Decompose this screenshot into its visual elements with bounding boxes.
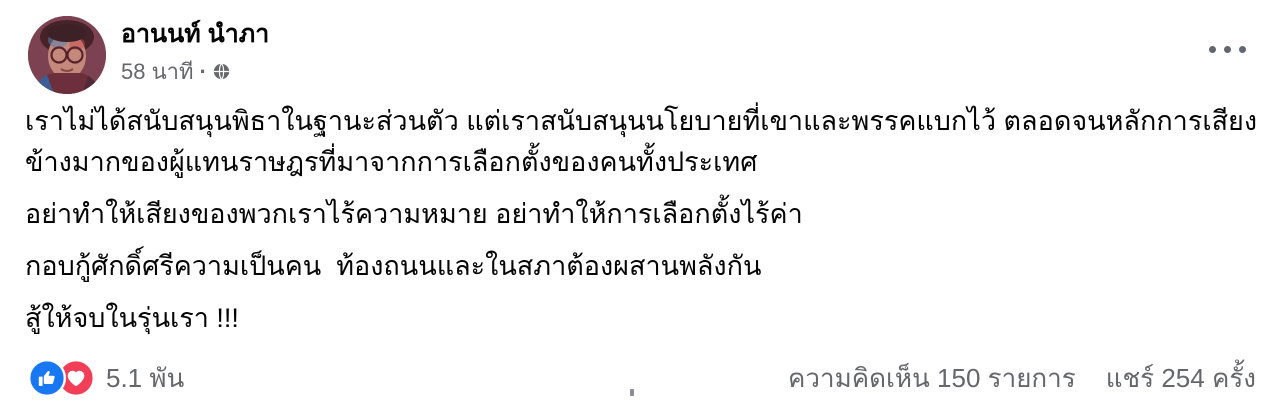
ellipsis-menu-icon bbox=[1224, 46, 1231, 53]
post-header: อานนท์ นำภา 58 นาที · bbox=[28, 16, 1256, 94]
post-paragraph: กอบกู้ศักดิ์ศรีความเป็นคน ท้องถนนและในสภ… bbox=[25, 246, 1260, 287]
timestamp[interactable]: 58 นาที bbox=[121, 54, 193, 89]
post-paragraph: เราไม่ได้สนับสนุนพิธาในฐานะส่วนตัว แต่เร… bbox=[25, 101, 1260, 183]
author-name[interactable]: อานนท์ นำภา bbox=[121, 19, 269, 50]
comment-count[interactable]: ความคิดเห็น 150 รายการ bbox=[788, 358, 1076, 399]
post-text-line: ข้างมากของผู้แทนราษฎรที่มาจากการเลือกตั้… bbox=[25, 142, 1260, 183]
post-text-line: เราไม่ได้สนับสนุนพิธาในฐานะส่วนตัว แต่เร… bbox=[25, 101, 1260, 142]
reaction-count[interactable]: 5.1 พัน bbox=[106, 358, 184, 399]
thumbs-up-reaction-icon bbox=[28, 359, 66, 397]
post-text-line: กอบกู้ศักดิ์ศรีความเป็นคน ท้องถนนและในสภ… bbox=[25, 246, 1260, 287]
post-options-button[interactable] bbox=[1203, 40, 1252, 59]
avatar-image bbox=[28, 16, 106, 94]
avatar[interactable] bbox=[28, 16, 106, 94]
header-text: อานนท์ นำภา 58 นาที · bbox=[121, 16, 269, 89]
post-text-line: สู้ให้จบในรุ่นเรา !!! bbox=[25, 298, 1260, 339]
reaction-icons bbox=[28, 359, 95, 397]
share-count[interactable]: แชร์ 254 ครั้ง bbox=[1106, 358, 1256, 399]
ellipsis-menu-icon bbox=[1209, 46, 1216, 53]
comment-share-counts: ความคิดเห็น 150 รายการ แชร์ 254 ครั้ง bbox=[788, 358, 1256, 399]
post-text-line: อย่าทำให้เสียงของพวกเราไร้ความหมาย อย่าท… bbox=[25, 194, 1260, 235]
post-paragraph: อย่าทำให้เสียงของพวกเราไร้ความหมาย อย่าท… bbox=[25, 194, 1260, 235]
post-body: เราไม่ได้สนับสนุนพิธาในฐานะส่วนตัว แต่เร… bbox=[25, 101, 1260, 350]
meta-separator: · bbox=[199, 59, 206, 85]
post-meta: 58 นาที · bbox=[121, 54, 269, 89]
post-paragraph: สู้ให้จบในรุ่นเรา !!! bbox=[25, 298, 1260, 339]
facebook-post: อานนท์ นำภา 58 นาที · เราไม่ได้สนับสนุนพ… bbox=[0, 0, 1280, 410]
post-stats-bar: 5.1 พัน ความคิดเห็น 150 รายการ แชร์ 254 … bbox=[28, 357, 1256, 399]
screenshot-artifact-dot bbox=[630, 389, 634, 396]
ellipsis-menu-icon bbox=[1239, 46, 1246, 53]
globe-icon bbox=[213, 63, 230, 80]
reactions-summary[interactable]: 5.1 พัน bbox=[28, 358, 184, 399]
